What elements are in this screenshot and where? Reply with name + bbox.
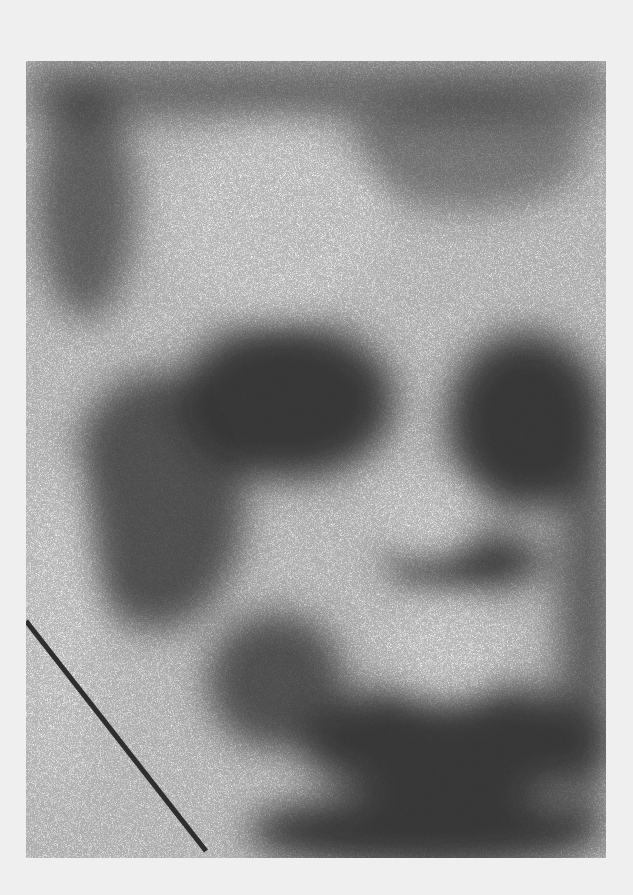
halftone-face-image (26, 61, 606, 858)
face-photo (26, 61, 606, 858)
